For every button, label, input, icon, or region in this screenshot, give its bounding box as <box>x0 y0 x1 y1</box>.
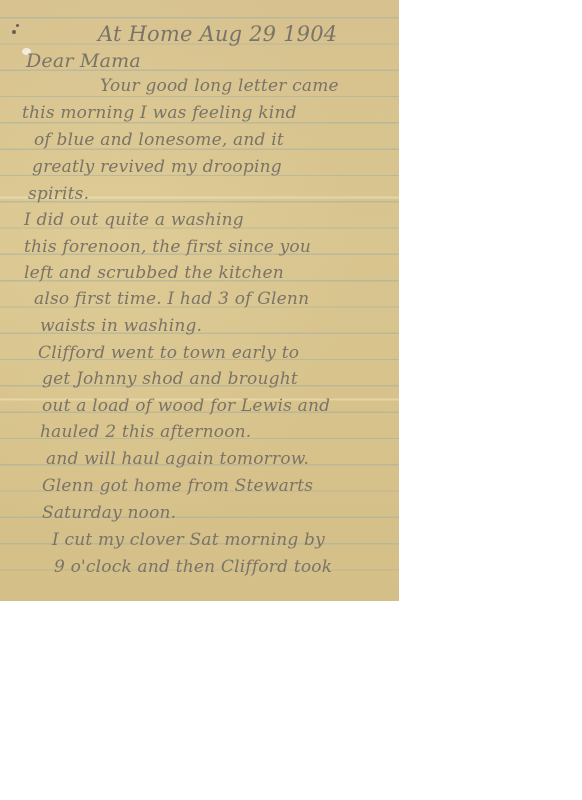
letter-line: I did out quite a washing <box>24 210 244 230</box>
letter-line: also first time. I had 3 of Glenn <box>34 289 309 309</box>
letter-line: left and scrubbed the kitchen <box>24 263 284 283</box>
letter-line: Saturday noon. <box>42 503 176 523</box>
ink-spot <box>12 30 16 34</box>
letter-line: Clifford went to town early to <box>38 343 299 363</box>
letter-line: Glenn got home from Stewarts <box>42 476 313 496</box>
letter-salutation: Dear Mama <box>26 50 141 72</box>
letter-line: I cut my clover Sat morning by <box>52 530 325 550</box>
letter-line: get Johnny shod and brought <box>42 369 298 389</box>
letter-line: waists in washing. <box>40 316 202 336</box>
letter-heading: At Home Aug 29 1904 <box>98 22 337 46</box>
letter-line: this forenoon, the first since you <box>24 237 311 257</box>
letter-line: 9 o'clock and then Clifford took <box>54 557 332 577</box>
letter-line: greatly revived my drooping <box>32 157 282 177</box>
letter-line: of blue and lonesome, and it <box>34 130 284 150</box>
letter-line: spirits. <box>28 184 89 204</box>
letter-line: and will haul again tomorrow. <box>46 449 309 469</box>
letter-page: At Home Aug 29 1904 Dear Mama Your good … <box>0 0 399 601</box>
letter-line: this morning I was feeling kind <box>22 103 297 123</box>
ink-spot <box>16 24 19 27</box>
letter-line: out a load of wood for Lewis and <box>42 396 330 416</box>
letter-line: hauled 2 this afternoon. <box>40 422 251 442</box>
letter-line: Your good long letter came <box>100 76 339 96</box>
